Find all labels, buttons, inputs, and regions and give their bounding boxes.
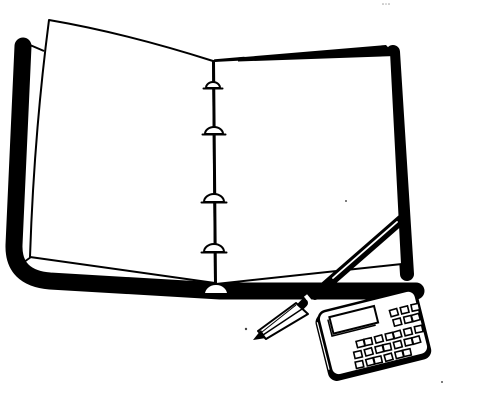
calculator-key	[374, 356, 383, 364]
calculator-key	[393, 318, 402, 326]
calculator-key	[404, 328, 413, 336]
noise-dot	[441, 381, 443, 383]
ring-dome	[204, 194, 224, 202]
ring-dome	[206, 82, 220, 88]
noise-dot	[388, 3, 390, 5]
calculator-key	[411, 303, 420, 311]
calculator-key	[354, 351, 363, 359]
calculator-key	[389, 308, 398, 316]
ring-dome	[204, 244, 224, 252]
calculator-key	[393, 341, 402, 349]
cover-top-left-corner-line	[30, 45, 44, 51]
calculator	[313, 288, 433, 383]
illustration-stage	[0, 0, 480, 401]
calculator-key	[364, 338, 373, 346]
illustration-canvas	[0, 0, 480, 401]
noise-dot	[382, 3, 384, 5]
calculator-key	[355, 361, 364, 369]
calculator-key	[384, 353, 393, 361]
calculator-key	[412, 336, 421, 344]
left-page	[30, 20, 215, 283]
noise-dot	[345, 200, 347, 202]
calculator-key	[403, 349, 412, 357]
calculator-key	[414, 325, 423, 333]
calculator-key	[383, 343, 392, 351]
noise-dot	[385, 3, 387, 5]
calculator-key	[400, 306, 409, 314]
noise-dot	[245, 328, 247, 330]
calculator-key	[411, 313, 420, 321]
calculator-key	[364, 348, 373, 356]
ring-dome	[205, 127, 223, 134]
calculator-key	[393, 330, 402, 338]
calculator-key	[374, 335, 383, 343]
